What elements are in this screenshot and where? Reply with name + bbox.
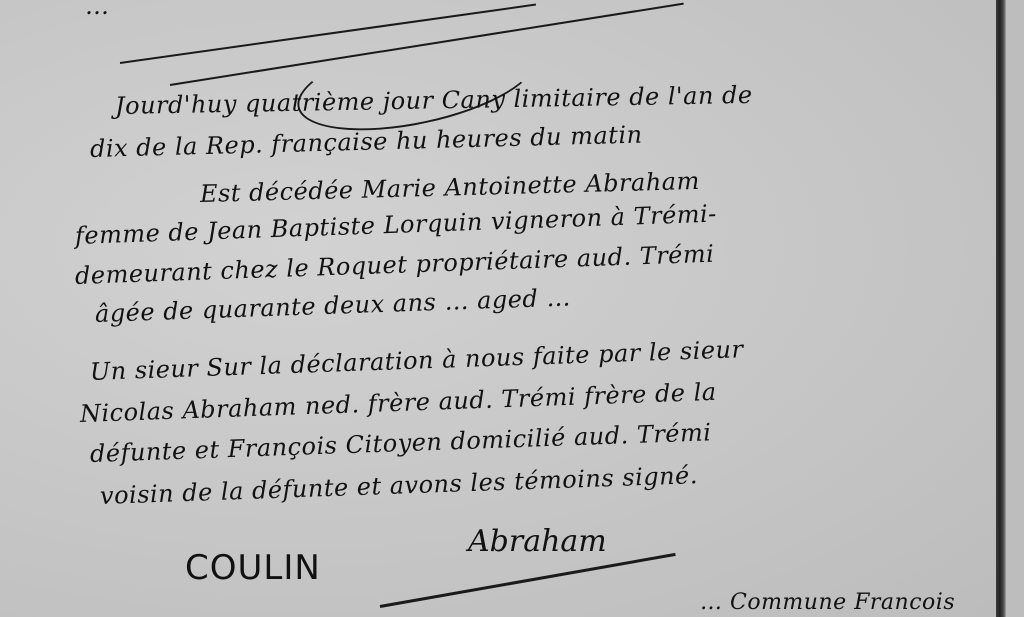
text-line-10: voisin de la défunte et avons les témoin… xyxy=(100,461,699,510)
text-line-6: âgée de quarante deux ans … aged … xyxy=(95,283,572,328)
text-line-7: Un sieur Sur la déclaration à nous faite… xyxy=(90,335,744,386)
text-line-1: Jourd'huy quatrième jour Cany limitaire … xyxy=(115,81,753,120)
page-binding-edge xyxy=(996,0,1006,617)
register-page: … Jourd'huy quatrième jour Cany limitair… xyxy=(0,0,1000,617)
top-fragment: … xyxy=(85,0,110,20)
text-line-9: défunte et François Citoyen domicilié au… xyxy=(90,418,712,468)
text-line-5: demeurant chez le Roquet propriétaire au… xyxy=(75,240,715,290)
signature-official: COULIN xyxy=(185,548,321,588)
signature-flourish xyxy=(380,553,676,608)
signature-witness: Abraham xyxy=(468,524,607,559)
bottom-fragment: … Commune Francois xyxy=(700,590,955,615)
text-line-2: dix de la Rep. française hu heures du ma… xyxy=(90,121,643,163)
page-margin xyxy=(1006,0,1024,617)
